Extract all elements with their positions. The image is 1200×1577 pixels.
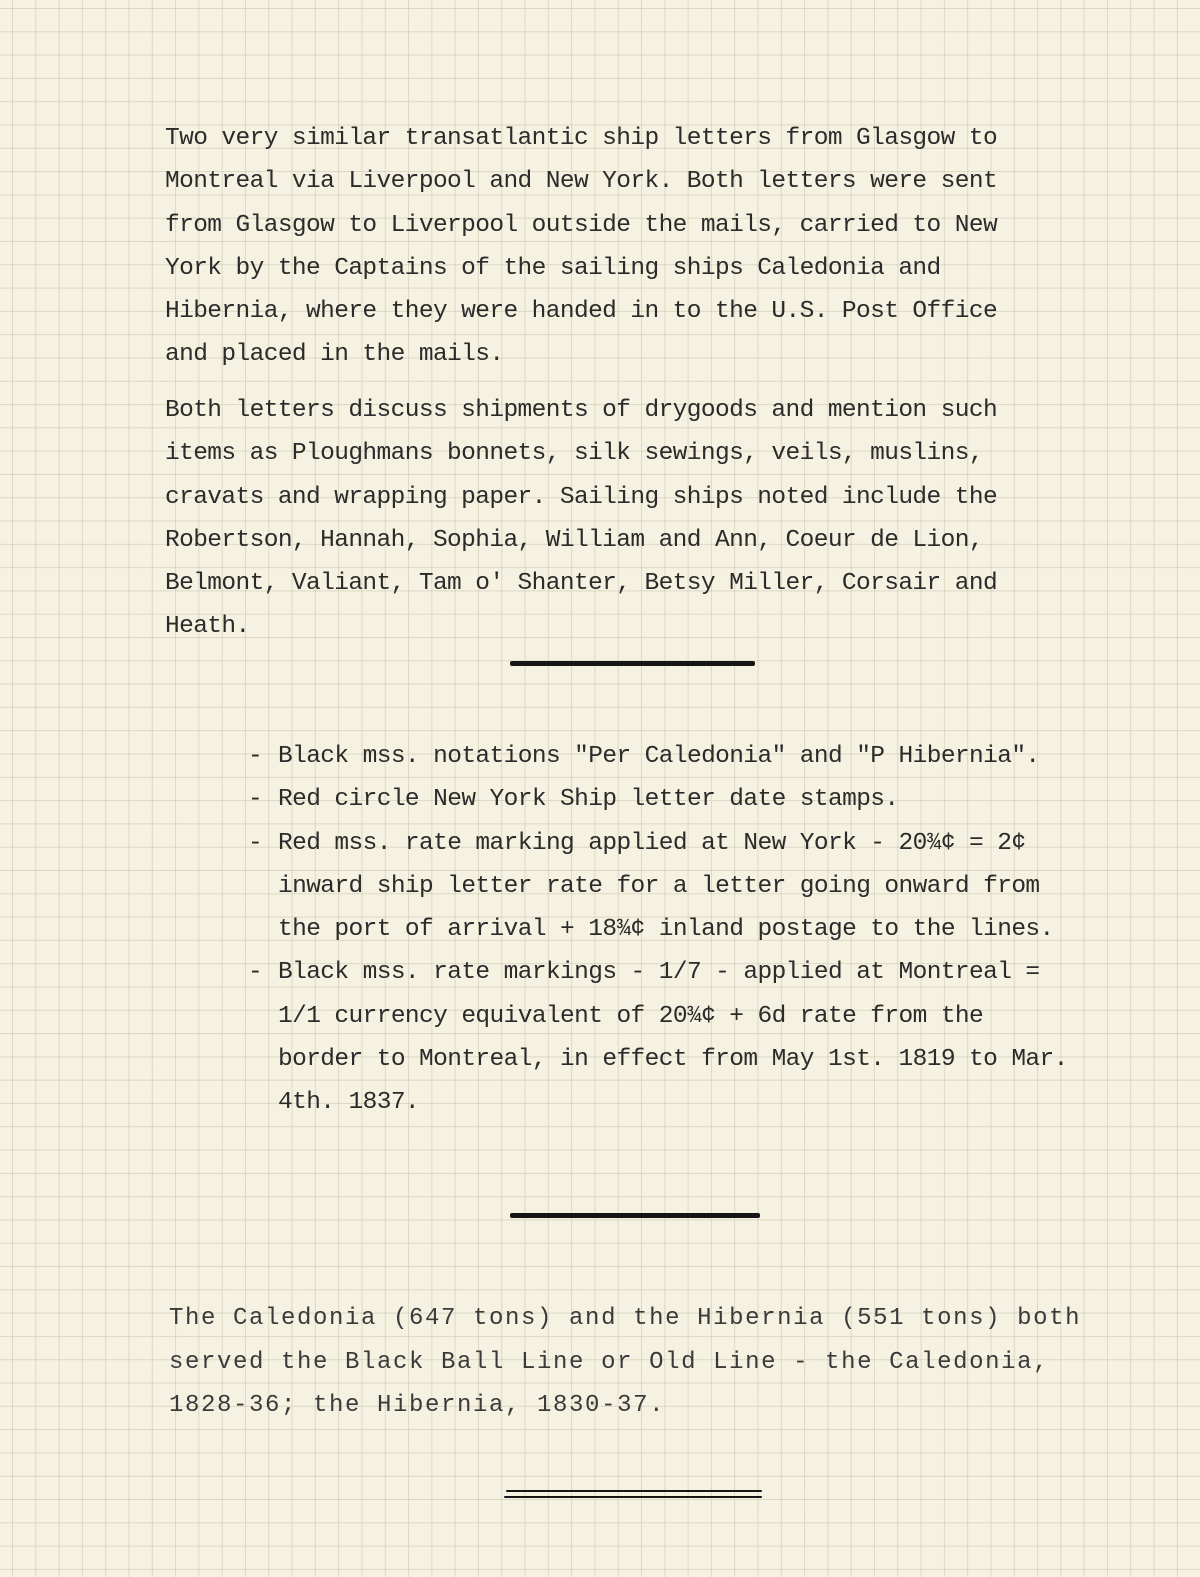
section-divider (510, 661, 755, 666)
dash-bullet: - (248, 778, 262, 821)
closing-paragraph: The Caledonia (647 tons) and the Hiberni… (169, 1297, 1089, 1428)
end-double-rule-top (506, 1490, 762, 1492)
note-item: -Black mss. notations "Per Caledonia" an… (248, 735, 1068, 778)
note-item: -Red circle New York Ship letter date st… (248, 778, 1068, 821)
note-text: Red circle New York Ship letter date sta… (278, 786, 899, 813)
dash-bullet: - (248, 735, 262, 778)
note-text: Black mss. notations "Per Caledonia" and… (278, 743, 1040, 770)
note-item: -Red mss. rate marking applied at New Yo… (248, 822, 1068, 952)
section-divider (510, 1213, 760, 1218)
end-double-rule-bottom (504, 1496, 762, 1498)
note-item: -Black mss. rate markings - 1/7 - applie… (248, 951, 1068, 1124)
notes-list: -Black mss. notations "Per Caledonia" an… (248, 735, 1068, 1125)
note-text: Red mss. rate marking applied at New Yor… (278, 830, 1054, 944)
note-text: Black mss. rate markings - 1/7 - applied… (278, 959, 1068, 1116)
dash-bullet: - (248, 822, 262, 865)
intro-paragraph: Two very similar transatlantic ship lett… (165, 117, 1045, 377)
dash-bullet: - (248, 951, 262, 994)
contents-paragraph: Both letters discuss shipments of drygoo… (165, 389, 1045, 649)
